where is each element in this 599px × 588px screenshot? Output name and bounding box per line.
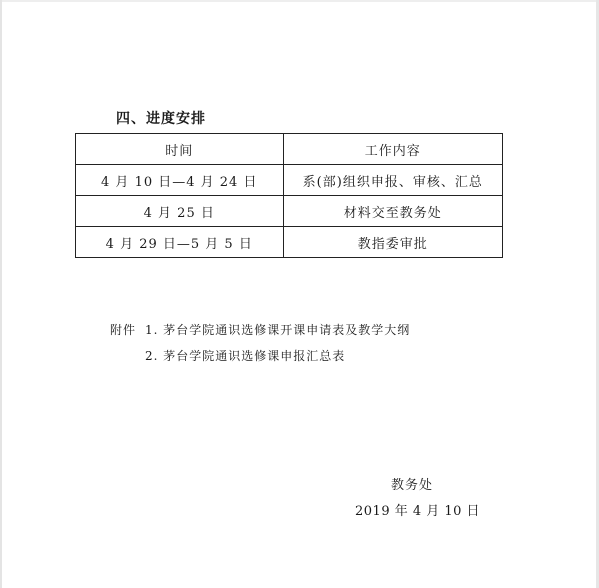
table-row: 4 月 25 日 材料交至教务处 — [76, 196, 503, 227]
attachments-label: 附件 — [110, 321, 136, 338]
section-title: 四、进度安排 — [116, 108, 206, 128]
header-task: 工作内容 — [283, 134, 503, 165]
table-header-row: 时间 工作内容 — [76, 134, 503, 165]
cell-task: 系(部)组织申报、审核、汇总 — [283, 165, 503, 196]
page-edge-left — [0, 0, 2, 588]
signature-date: 2019 年 4 月 10 日 — [355, 500, 480, 519]
header-time: 时间 — [76, 134, 284, 165]
signature-office: 教务处 — [391, 474, 433, 493]
cell-time: 4 月 29 日—5 月 5 日 — [76, 227, 284, 258]
cell-task: 教指委审批 — [283, 227, 503, 258]
schedule-table: 时间 工作内容 4 月 10 日—4 月 24 日 系(部)组织申报、审核、汇总… — [75, 133, 503, 258]
cell-time: 4 月 25 日 — [76, 196, 284, 227]
table-row: 4 月 10 日—4 月 24 日 系(部)组织申报、审核、汇总 — [76, 165, 503, 196]
attachment-item: 2. 茅台学院通识选修课申报汇总表 — [145, 347, 345, 364]
page-edge-top — [0, 0, 599, 2]
attachment-item: 1. 茅台学院通识选修课开课申请表及教学大纲 — [145, 321, 410, 338]
table-row: 4 月 29 日—5 月 5 日 教指委审批 — [76, 227, 503, 258]
cell-task: 材料交至教务处 — [283, 196, 503, 227]
cell-time: 4 月 10 日—4 月 24 日 — [76, 165, 284, 196]
